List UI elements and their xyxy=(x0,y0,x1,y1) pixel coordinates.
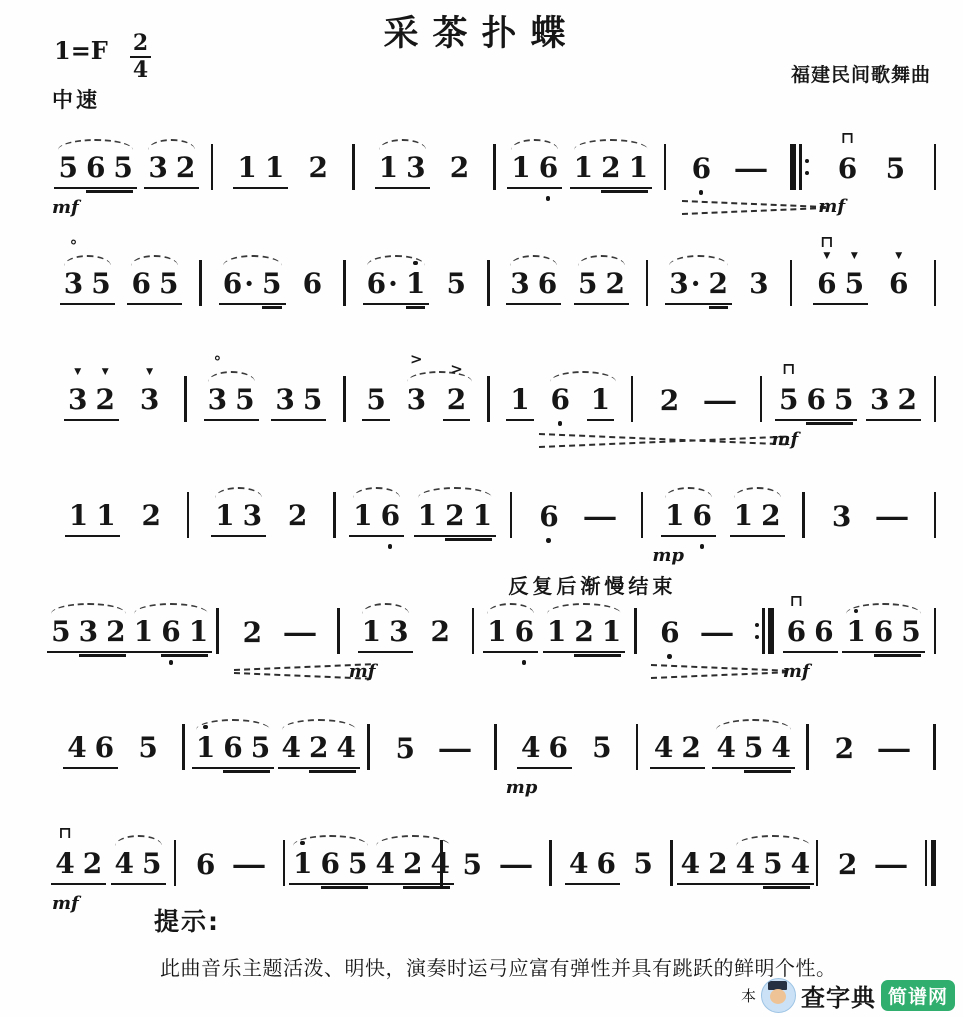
note-group: — xyxy=(874,501,910,536)
note-group: 3 xyxy=(828,501,855,536)
note: 1 xyxy=(573,152,594,184)
note-group: 3 xyxy=(745,268,772,303)
note: 1 xyxy=(378,152,399,184)
measure: ⊓66165mf xyxy=(775,586,933,687)
note: 5 xyxy=(591,732,612,764)
note: 2 xyxy=(308,732,329,764)
single-barline xyxy=(337,608,340,654)
note-group: — xyxy=(876,733,912,768)
measure: 5>3>2 xyxy=(347,354,486,455)
note-group: 46 xyxy=(63,732,118,769)
time-signature-numerator: 2 xyxy=(130,32,151,58)
note: 1 xyxy=(733,500,754,532)
note: 5 xyxy=(302,384,323,416)
note-group: 11 xyxy=(233,152,288,189)
score-line-6: 4651654245—465mp424542— xyxy=(44,694,937,810)
note-group: 35 xyxy=(271,384,326,421)
note-group: 6·1 xyxy=(363,268,430,305)
note: 1 xyxy=(236,152,257,184)
articulation-marks: > xyxy=(410,352,423,367)
note-group: 13 xyxy=(211,500,266,537)
low-octave-dot xyxy=(546,196,551,201)
barline-thin xyxy=(184,376,187,422)
key-and-meter: 1=F 2 4 xyxy=(54,36,151,82)
measure: 1612mp xyxy=(644,470,801,571)
tempo-marking: 中速 xyxy=(52,84,100,114)
note: ▼2 xyxy=(94,384,115,416)
single-barline xyxy=(182,724,185,770)
tri-icon: ▼ xyxy=(74,368,81,377)
note-group: 2 xyxy=(446,152,473,187)
note: 5 xyxy=(885,153,906,185)
note: 1 xyxy=(292,848,313,880)
note: ⊓4 xyxy=(54,848,75,880)
barline-thin xyxy=(664,144,667,190)
measure: 6·56 xyxy=(203,238,342,339)
single-barline xyxy=(211,144,214,190)
time-signature-denominator: 4 xyxy=(133,58,148,82)
note: 4 xyxy=(715,732,736,764)
measure: 56532mf xyxy=(44,122,210,223)
note: 4 xyxy=(114,848,135,880)
single-barline xyxy=(174,840,177,886)
note: 5 xyxy=(347,848,368,880)
note-group: ▼6 xyxy=(885,268,912,303)
note-group: 12 xyxy=(730,500,785,537)
barline-thin xyxy=(216,608,219,654)
note: 5 xyxy=(234,384,255,416)
note: 2 xyxy=(834,733,855,765)
hint-label: 提示: xyxy=(154,902,220,938)
single-barline xyxy=(494,724,497,770)
single-barline xyxy=(790,260,793,306)
note-group: 532 xyxy=(47,616,129,653)
note: 6 xyxy=(595,848,616,880)
single-barline xyxy=(802,492,805,538)
sixteenth-beam: 24 xyxy=(308,732,357,764)
barline-thick xyxy=(931,840,937,886)
measure: 3— xyxy=(806,471,933,570)
note: 4 xyxy=(653,732,674,764)
note: 6 xyxy=(195,849,216,881)
note: 6 xyxy=(380,500,401,532)
tri-icon: ▼ xyxy=(851,252,858,261)
note: 1 xyxy=(510,152,531,184)
single-barline xyxy=(187,492,190,538)
measure: 165424 xyxy=(286,818,439,919)
note: 1 xyxy=(601,616,622,648)
repeat-end-barline xyxy=(755,608,774,654)
articulation-marks: ° xyxy=(214,359,222,367)
note: 6 xyxy=(130,268,151,300)
articulation-marks: ▼ xyxy=(74,368,81,377)
note: 5 xyxy=(261,268,282,300)
barline-thin xyxy=(211,144,214,190)
barline-thin xyxy=(343,260,346,306)
single-barline xyxy=(934,608,937,654)
dynamic-mark: mf xyxy=(349,661,376,682)
barline-thin xyxy=(816,840,819,886)
measure: 112 xyxy=(214,122,351,223)
single-barline xyxy=(670,840,673,886)
augmentation-dot: · xyxy=(242,267,254,300)
note: 1 xyxy=(405,268,426,300)
note-group: 5 xyxy=(882,153,909,188)
measure: 465 xyxy=(553,818,670,919)
note: ⊓6 xyxy=(786,616,807,648)
note-group: — xyxy=(282,617,318,652)
note-group: 165 xyxy=(842,616,924,653)
note: 6 xyxy=(691,153,712,185)
single-barline xyxy=(199,260,202,306)
note-group: 165 xyxy=(192,732,274,769)
note: 2 xyxy=(141,500,162,532)
note-group: 2 xyxy=(656,385,683,420)
note-group: 45 xyxy=(111,848,166,885)
note-group: 13 xyxy=(358,616,413,653)
articulation-marks: ⊓▼ xyxy=(820,234,833,261)
measure: 465mp xyxy=(498,702,635,803)
articulation-marks: ▼ xyxy=(895,252,902,261)
note-group: — xyxy=(231,849,267,884)
note-group: 565 xyxy=(54,152,136,189)
barline-thin xyxy=(367,724,370,770)
barline-thin xyxy=(670,840,673,886)
single-barline xyxy=(934,376,937,422)
measure: 132 xyxy=(190,470,332,571)
note: 6 xyxy=(160,616,181,648)
note-group: 121 xyxy=(570,152,652,189)
barline-thin xyxy=(762,608,765,654)
note: 5 xyxy=(250,732,271,764)
note: 2 xyxy=(105,616,126,648)
sixteenth-beam: 54 xyxy=(743,732,792,764)
note: 2 xyxy=(600,152,621,184)
duration-dash: — xyxy=(581,501,619,533)
note: 5 xyxy=(141,848,162,880)
sixteenth-beam: 5 xyxy=(261,268,282,300)
note: 6· xyxy=(366,268,399,300)
measure: 2— xyxy=(220,587,336,686)
high-octave-dot xyxy=(413,261,418,266)
barline-thin xyxy=(641,492,644,538)
note: 3 xyxy=(78,616,99,648)
note: 1 xyxy=(195,732,216,764)
note-group: 5 xyxy=(629,848,656,883)
measure: 16121 xyxy=(337,470,509,571)
note: >2 xyxy=(446,384,467,416)
score-line-3: ▼3▼2▼3°35355>3>21612—⊓56532mf xyxy=(44,346,937,462)
barline-thin xyxy=(802,492,805,538)
chazidian-logo-icon xyxy=(761,978,796,1013)
barline-thin xyxy=(925,840,928,886)
note-group: °35 xyxy=(204,384,259,421)
note: ▼3 xyxy=(139,384,160,416)
note: 4 xyxy=(735,848,756,880)
note-group: 5 xyxy=(391,733,418,768)
barline-thin xyxy=(934,492,937,538)
note-group: 121 xyxy=(414,500,496,537)
watermark[interactable]: 本 查字典 简谱网 xyxy=(741,978,955,1013)
note: 5 xyxy=(394,733,415,765)
sixteenth-beam: 65 xyxy=(85,152,134,184)
note-group: ▼3 xyxy=(136,384,163,419)
note: 1 xyxy=(546,616,567,648)
single-barline xyxy=(636,724,639,770)
note-group: ⊓66 xyxy=(783,616,838,653)
note-group: 36 xyxy=(506,268,561,305)
dim-hairpin xyxy=(682,200,826,215)
barline-thin xyxy=(934,608,937,654)
tri-icon: ▼ xyxy=(102,368,109,377)
barline-thin xyxy=(934,260,937,306)
hint-text: 此曲音乐主题活泼、明快，演奏时运弓应富有弹性并具有跳跃的鲜明个性。 xyxy=(160,952,903,981)
measure: 2— xyxy=(819,819,923,918)
barline-thin xyxy=(806,724,809,770)
note-group: 6 xyxy=(688,153,715,188)
single-barline xyxy=(352,144,355,190)
note: 6 xyxy=(692,500,713,532)
note: 5 xyxy=(445,268,466,300)
note: 4 xyxy=(375,848,396,880)
downbow-icon: ⊓ xyxy=(782,361,795,377)
note: 5 xyxy=(57,152,78,184)
sixteenth-beam: 21 xyxy=(573,616,622,648)
sixteenth-beam: 21 xyxy=(600,152,649,184)
measure: 5— xyxy=(444,819,548,918)
sixteenth-beam: 65 xyxy=(222,732,271,764)
note-group: 2 xyxy=(304,152,331,187)
note: ▼6 xyxy=(888,268,909,300)
note: 6 xyxy=(538,152,559,184)
barline-thin xyxy=(199,260,202,306)
note: 1 xyxy=(664,500,685,532)
score-body: 56532mf112132161216—⊓65mf°35656·566·1536… xyxy=(44,114,937,926)
dynamic-mark: mf xyxy=(818,196,845,217)
note-group: 11 xyxy=(65,500,120,537)
measure: 2— xyxy=(634,355,759,454)
measure: 6— xyxy=(638,587,754,686)
note-group: 5 xyxy=(442,268,469,303)
barline-thick xyxy=(790,144,796,190)
single-barline xyxy=(933,724,936,770)
barline-thin xyxy=(933,724,936,770)
measure: ⊓56532mf xyxy=(763,354,932,455)
note: 1 xyxy=(472,500,493,532)
note: 2 xyxy=(837,849,858,881)
note: 1 xyxy=(590,384,611,416)
measure: 161 xyxy=(491,354,630,455)
single-barline xyxy=(641,492,644,538)
note: 5 xyxy=(743,732,764,764)
note-group: 2 xyxy=(138,500,165,535)
barline-thin xyxy=(352,144,355,190)
single-barline xyxy=(283,840,286,886)
low-octave-dot xyxy=(522,660,527,665)
note: 6 xyxy=(514,616,535,648)
note: 2 xyxy=(659,385,680,417)
note-group: 42 xyxy=(650,732,705,769)
dim-hairpin xyxy=(651,664,788,679)
barline-thin xyxy=(494,724,497,770)
barline-thin xyxy=(333,492,336,538)
note-group: 2 xyxy=(831,733,858,768)
single-barline xyxy=(760,376,763,422)
note-group: °35 xyxy=(60,268,115,305)
note-group: 16 xyxy=(507,152,562,189)
single-barline xyxy=(510,492,513,538)
note-group: 5 xyxy=(458,849,485,884)
single-barline xyxy=(634,608,637,654)
articulation-marks: ▼ xyxy=(851,252,858,261)
note-group: 16 xyxy=(483,616,538,653)
downbow-icon: ⊓ xyxy=(790,593,803,609)
note: 3 xyxy=(147,152,168,184)
measure: 3·23 xyxy=(649,238,788,339)
duration-dash: — xyxy=(872,849,910,881)
watermark-site-badge: 简谱网 xyxy=(881,980,955,1011)
note: ⊓5 xyxy=(778,384,799,416)
downbow-icon: ⊓ xyxy=(58,825,71,841)
measure: 16121 xyxy=(497,122,663,223)
note-group: 6 xyxy=(656,617,683,652)
low-octave-dot xyxy=(546,538,551,543)
note: 3 xyxy=(388,616,409,648)
note: 5 xyxy=(833,384,854,416)
repeat-begin-barline xyxy=(790,144,809,190)
repeat-dots xyxy=(805,159,809,175)
note: 2 xyxy=(896,384,917,416)
measure: 132 xyxy=(356,122,493,223)
barline-thin xyxy=(934,144,937,190)
barline-thin xyxy=(790,260,793,306)
note-group: 16 xyxy=(661,500,716,537)
barline-thin xyxy=(337,608,340,654)
note: 1 xyxy=(417,500,438,532)
repeat-annotation: 反复后渐慢结束 xyxy=(508,570,676,599)
note: 6 xyxy=(549,384,570,416)
low-octave-dot xyxy=(667,654,672,659)
single-barline xyxy=(440,840,443,886)
note: 1 xyxy=(133,616,154,648)
note: 6 xyxy=(873,616,894,648)
articulation-marks: > xyxy=(450,362,463,377)
note-group: 16 xyxy=(349,500,404,537)
low-octave-dot xyxy=(700,544,705,549)
note: 6 xyxy=(813,616,834,648)
barline-thin xyxy=(440,840,443,886)
note: 2 xyxy=(82,848,103,880)
note-group: 6·5 xyxy=(219,268,286,305)
note: 4 xyxy=(66,732,87,764)
note-group: 46 xyxy=(565,848,620,885)
barline-thin xyxy=(487,260,490,306)
note: 1 xyxy=(95,500,116,532)
note-group: 5 xyxy=(588,732,615,767)
measure: 6·15 xyxy=(347,238,486,339)
measure: 532161 xyxy=(44,586,215,687)
note: 5 xyxy=(50,616,71,648)
high-octave-dot xyxy=(300,841,305,846)
single-barline xyxy=(216,608,219,654)
duration-dash: — xyxy=(701,385,739,417)
note: 4 xyxy=(790,848,811,880)
sixteenth-beam: 65 xyxy=(873,616,922,648)
barline-thin xyxy=(934,376,937,422)
single-barline xyxy=(646,260,649,306)
time-signature: 2 4 xyxy=(130,32,151,82)
accent-icon: > xyxy=(410,352,423,367)
measure: 3652 xyxy=(491,238,645,339)
articulation-marks: ▼ xyxy=(102,368,109,377)
note-group: — xyxy=(437,733,473,768)
note-group: 1 xyxy=(587,384,614,421)
single-barline xyxy=(493,144,496,190)
key-signature: 1=F xyxy=(54,36,108,65)
note: 5 xyxy=(158,268,179,300)
note: ⊓▼6 xyxy=(816,268,837,300)
note-group: 2 xyxy=(426,616,453,651)
measure: 42454 xyxy=(674,818,815,919)
note: 1 xyxy=(361,616,382,648)
note: 6 xyxy=(805,384,826,416)
note: 1 xyxy=(264,152,285,184)
note: 2 xyxy=(175,152,196,184)
barline-thin xyxy=(631,376,634,422)
articulation-marks: ° xyxy=(70,243,78,251)
barline-thin xyxy=(487,376,490,422)
barline-thin xyxy=(636,724,639,770)
barline-thin xyxy=(283,840,286,886)
note: ⊓6 xyxy=(837,153,858,185)
note: 3· xyxy=(668,268,701,300)
measure: 5— xyxy=(371,703,493,802)
note: °3 xyxy=(207,384,228,416)
note: ▼3 xyxy=(67,384,88,416)
note: 6 xyxy=(222,732,243,764)
note: 6· xyxy=(222,268,255,300)
note: 3 xyxy=(748,268,769,300)
sixteenth-beam: 21 xyxy=(444,500,493,532)
note-group: — xyxy=(582,501,618,536)
note: 3 xyxy=(869,384,890,416)
score-line-5: 5321612—132mf161216—⊓66165mf反复后渐慢结束 xyxy=(44,578,937,694)
high-octave-dot xyxy=(854,609,859,614)
note-group: 65 xyxy=(127,268,182,305)
downbow-icon: ⊓ xyxy=(841,130,854,146)
tri-icon: ▼ xyxy=(146,368,153,377)
low-octave-dot xyxy=(388,544,393,549)
note: 5 xyxy=(365,384,386,416)
duration-dash: — xyxy=(436,733,474,765)
accent-icon: > xyxy=(450,362,463,377)
note: 2 xyxy=(707,848,728,880)
note: 1 xyxy=(845,616,866,648)
downbow-icon: ⊓ xyxy=(820,234,833,250)
note: 2 xyxy=(402,848,423,880)
dynamic-mark: mp xyxy=(652,545,684,566)
single-barline xyxy=(343,260,346,306)
measure: 132mf xyxy=(341,586,471,687)
note: 6 xyxy=(320,848,341,880)
note-group: 454 xyxy=(732,848,814,885)
dynamic-mark: mf xyxy=(52,893,79,914)
barline-thin xyxy=(549,840,552,886)
dynamic-mark: mf xyxy=(771,429,798,450)
note-group: 32 xyxy=(866,384,921,421)
note: 4 xyxy=(770,732,791,764)
note-group: 6 xyxy=(546,384,573,419)
